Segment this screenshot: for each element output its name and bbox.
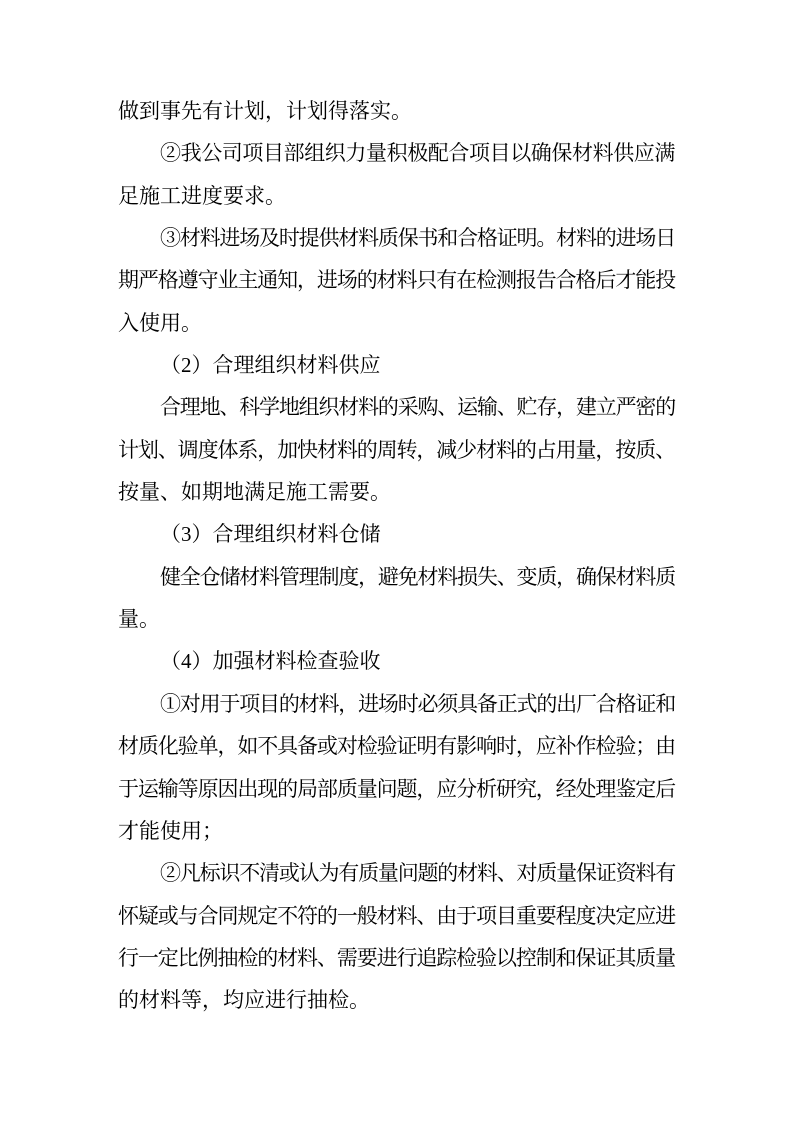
text-line: ②凡标识不清或认为有质量问题的材料、对质量保证资料有: [118, 852, 675, 894]
text-line-content: 足施工进度要求。: [118, 175, 286, 217]
text-line: 合理地、科学地组织材料的采购、运输、贮存，建立严密的: [118, 386, 675, 428]
text-line-content: （3）合理组织材料仓储: [160, 513, 381, 555]
document-text-block: 做到事先有计划，计划得落实。②我公司项目部组织力量积极配合项目以确保材料供应满足…: [118, 90, 675, 1022]
text-line: 做到事先有计划，计划得落实。: [118, 90, 675, 132]
text-line-content: 合理地、科学地组织材料的采购、运输、贮存，建立严密的: [160, 386, 675, 428]
text-line: 行一定比例抽检的材料、需要进行追踪检验以控制和保证其质量: [118, 937, 675, 979]
text-line-content: 材质化验单，如不具备或对检验证明有影响时，应补作检验；由: [118, 725, 675, 767]
text-line: ③材料进场及时提供材料质保书和合格证明。材料的进场日: [118, 217, 675, 259]
text-line: （2）合理组织材料供应: [118, 344, 675, 386]
text-line: 计划、调度体系，加快材料的周转，减少材料的占用量，按质、: [118, 429, 675, 471]
document-page: 做到事先有计划，计划得落实。②我公司项目部组织力量积极配合项目以确保材料供应满足…: [0, 0, 793, 1122]
text-line-content: 于运输等原因出现的局部质量问题，应分析研究，经处理鉴定后: [118, 768, 675, 810]
text-line: 才能使用；: [118, 810, 675, 852]
text-line-content: ①对用于项目的材料，进场时必须具备正式的出厂合格证和: [160, 683, 675, 725]
text-line: （4）加强材料检查验收: [118, 640, 675, 682]
text-line-content: （4）加强材料检查验收: [160, 640, 381, 682]
text-line: 材质化验单，如不具备或对检验证明有影响时，应补作检验；由: [118, 725, 675, 767]
text-line: 于运输等原因出现的局部质量问题，应分析研究，经处理鉴定后: [118, 768, 675, 810]
text-line: 量。: [118, 598, 675, 640]
text-line: 怀疑或与合同规定不符的一般材料、由于项目重要程度决定应进: [118, 895, 675, 937]
text-line-content: ③材料进场及时提供材料质保书和合格证明。材料的进场日: [160, 217, 675, 259]
text-line: 的材料等，均应进行抽检。: [118, 979, 675, 1021]
text-line-content: 怀疑或与合同规定不符的一般材料、由于项目重要程度决定应进: [118, 895, 675, 937]
text-line-content: 按量、如期地满足施工需要。: [118, 471, 391, 513]
text-line: （3）合理组织材料仓储: [118, 513, 675, 555]
text-line: 按量、如期地满足施工需要。: [118, 471, 675, 513]
text-line: 健全仓储材料管理制度，避免材料损失、变质，确保材料质: [118, 556, 675, 598]
text-line-content: 的材料等，均应进行抽检。: [118, 979, 370, 1021]
text-line: ②我公司项目部组织力量积极配合项目以确保材料供应满: [118, 132, 675, 174]
text-line: 期严格遵守业主通知，进场的材料只有在检测报告合格后才能投: [118, 259, 675, 301]
text-line: 入使用。: [118, 302, 675, 344]
text-line-content: ②我公司项目部组织力量积极配合项目以确保材料供应满: [160, 132, 675, 174]
text-line-content: 做到事先有计划，计划得落实。: [118, 90, 412, 132]
text-line-content: 行一定比例抽检的材料、需要进行追踪检验以控制和保证其质量: [118, 937, 675, 979]
text-line-content: 量。: [118, 598, 160, 640]
text-line-content: ②凡标识不清或认为有质量问题的材料、对质量保证资料有: [160, 852, 675, 894]
text-line: 足施工进度要求。: [118, 175, 675, 217]
text-line-content: 入使用。: [118, 302, 202, 344]
text-line-content: 才能使用；: [118, 810, 223, 852]
text-line-content: 计划、调度体系，加快材料的周转，减少材料的占用量，按质、: [118, 429, 675, 471]
text-line: ①对用于项目的材料，进场时必须具备正式的出厂合格证和: [118, 683, 675, 725]
text-line-content: 健全仓储材料管理制度，避免材料损失、变质，确保材料质: [160, 556, 675, 598]
text-line-content: （2）合理组织材料供应: [160, 344, 381, 386]
text-line-content: 期严格遵守业主通知，进场的材料只有在检测报告合格后才能投: [118, 259, 675, 301]
